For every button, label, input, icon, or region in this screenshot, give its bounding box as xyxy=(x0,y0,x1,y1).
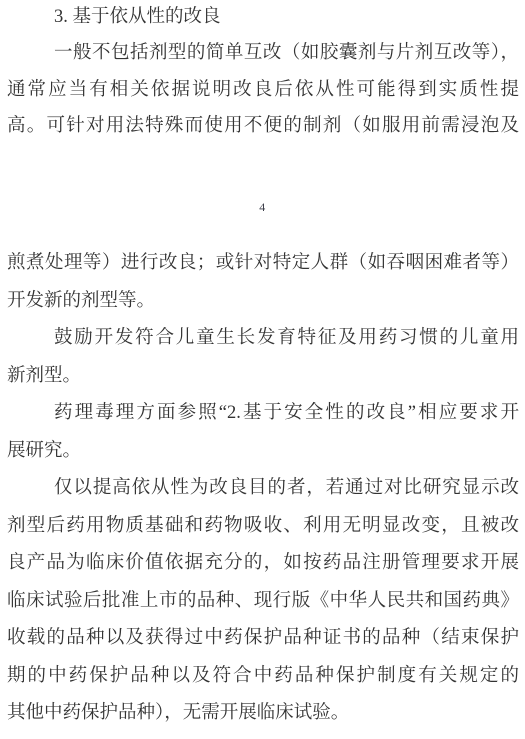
text-line: 煎煮处理等）进行改良；或针对特定人群（如吞咽困难者等） xyxy=(7,245,519,283)
text-line: 一般不包括剂型的简单互改（如胶囊剂与片剂互改等）， xyxy=(7,35,519,71)
text-line: 其他中药保护品种），无需开展临床试验。 xyxy=(7,695,519,733)
text-line: 高。可针对用法特殊而使用不便的制剂（如服用前需浸泡及 xyxy=(7,108,519,144)
text-line: 展研究。 xyxy=(7,433,519,471)
text-line: 新剂型。 xyxy=(7,358,519,396)
text-line: 开发新的剂型等。 xyxy=(7,283,519,321)
text-line: 仅以提高依从性为改良目的者，若通过对比研究显示改 xyxy=(7,470,519,508)
text-line: 通常应当有相关依据说明改良后依从性可能得到实质性提 xyxy=(7,72,519,108)
page-number: 4 xyxy=(0,199,525,215)
text-line: 期的中药保护品种以及符合中药品种保护制度有关规定的 xyxy=(7,658,519,696)
text-line: 药理毒理方面参照“2.基于安全性的改良”相应要求开 xyxy=(7,395,519,433)
text-line: 3. 基于依从性的改良 xyxy=(7,0,519,35)
text-line: 收载的品种以及获得过中药保护品种证书的品种（结束保护 xyxy=(7,620,519,658)
text-line: 剂型后药用物质基础和药物吸收、利用无明显改变，且被改 xyxy=(7,508,519,546)
text-line: 临床试验后批准上市的品种、现行版《中华人民共和国药典》 xyxy=(7,583,519,621)
page-4-text-block: 3. 基于依从性的改良一般不包括剂型的简单互改（如胶囊剂与片剂互改等），通常应当… xyxy=(7,0,519,145)
text-line: 鼓励开发符合儿童生长发育特征及用药习惯的儿童用 xyxy=(7,320,519,358)
page-5-text-block: 煎煮处理等）进行改良；或针对特定人群（如吞咽困难者等）开发新的剂型等。鼓励开发符… xyxy=(7,245,519,733)
text-line: 良产品为临床价值依据充分的，如按药品注册管理要求开展 xyxy=(7,545,519,583)
